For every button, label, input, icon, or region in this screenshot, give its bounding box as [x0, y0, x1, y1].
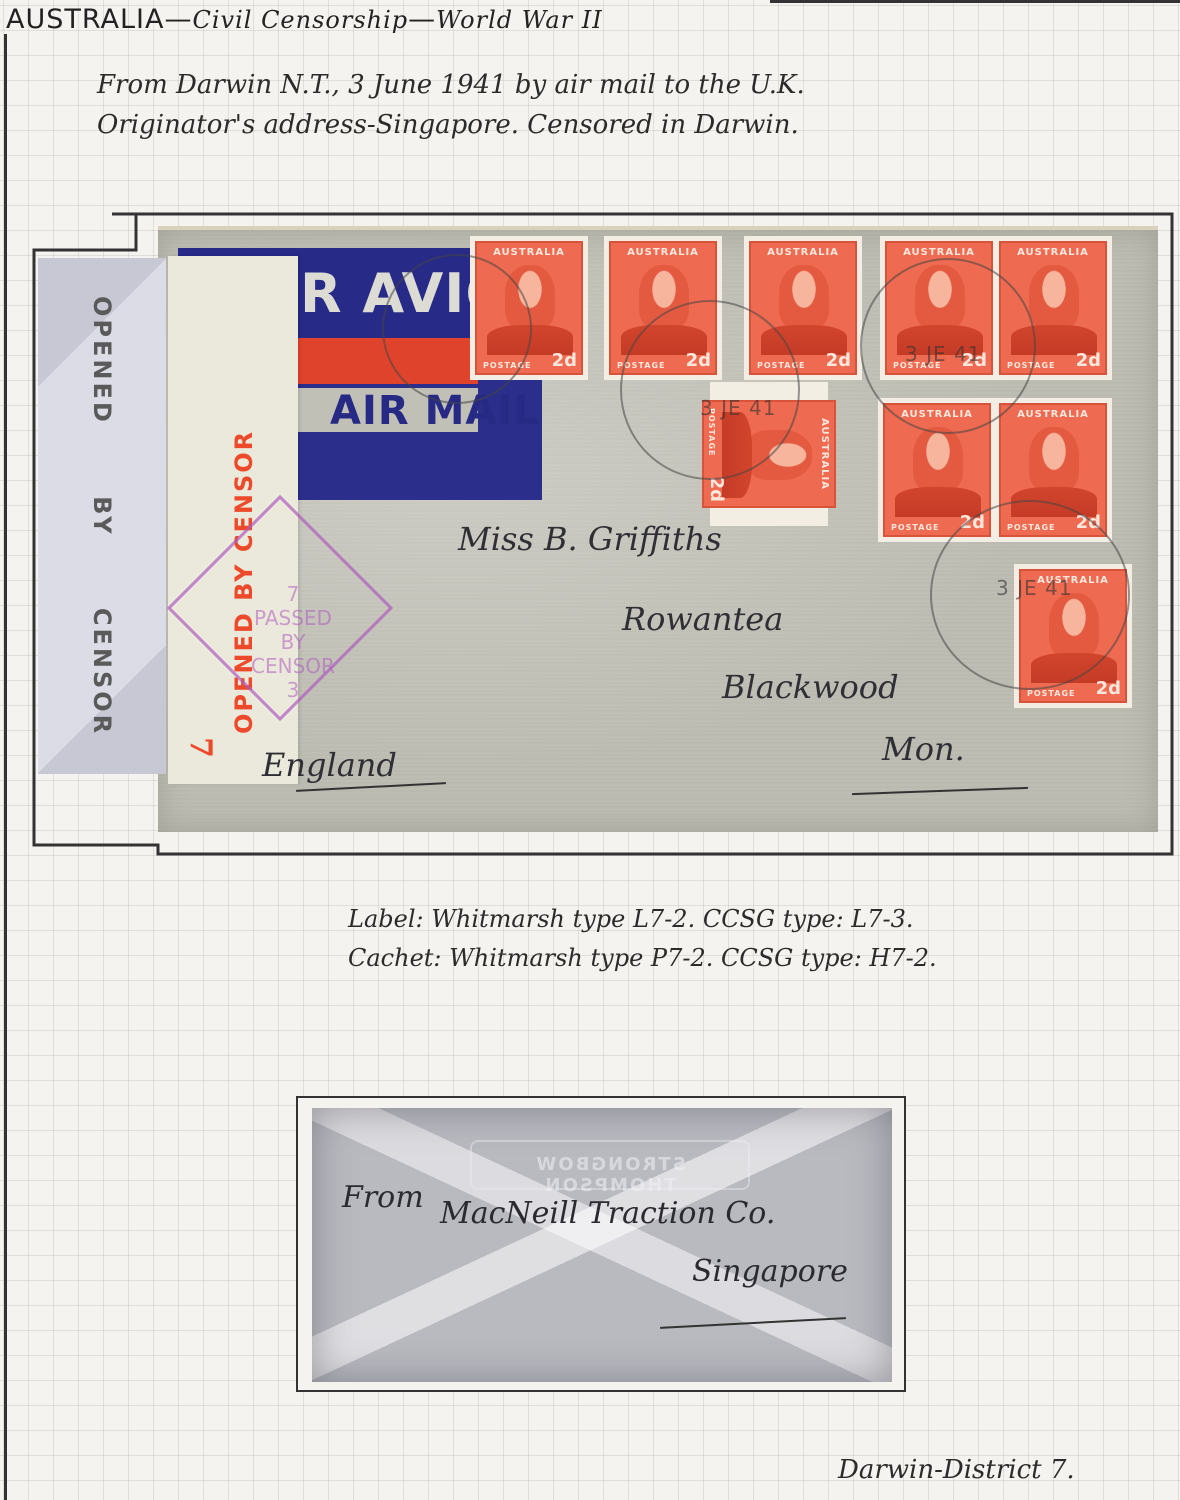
- stamp-postage: POSTAGE: [891, 523, 939, 532]
- back-flap-from: From: [342, 1180, 424, 1215]
- cachet-line: BY: [228, 630, 358, 654]
- address-line-2: Rowantea: [622, 600, 783, 638]
- cachet-line: 7: [228, 582, 358, 606]
- postmark-date: 3 JE 41: [996, 576, 1072, 600]
- back-flap-watermark: STRONGBOW THOMPSON: [470, 1140, 750, 1190]
- censor-label-number: 7: [183, 737, 218, 758]
- notes-label-type: Label: Whitmarsh type L7-2. CCSG type: L…: [348, 905, 914, 933]
- address-line-3: Blackwood: [722, 668, 899, 706]
- postmark-circle: [620, 300, 800, 480]
- stamp-value: 2d: [1096, 678, 1121, 699]
- stamp-value: 2d: [1076, 350, 1101, 371]
- stamp-value: 2d: [552, 350, 577, 371]
- stamp-country: AUSTRALIA: [887, 247, 991, 258]
- notes-cachet-type: Cachet: Whitmarsh type P7-2. CCSG type: …: [348, 944, 937, 972]
- stamp-country: AUSTRALIA: [751, 247, 855, 258]
- cachet-line: PASSED: [228, 606, 358, 630]
- stamp-country: AUSTRALIA: [819, 402, 830, 506]
- stamp-country: AUSTRALIA: [1001, 247, 1105, 258]
- address-country: England: [262, 746, 397, 784]
- king-portrait-icon: [1029, 265, 1079, 329]
- stamp-country: AUSTRALIA: [1001, 409, 1105, 420]
- postmark-date: 3 JE 41: [700, 396, 776, 420]
- postmark-date: 3 JE 41: [905, 342, 981, 366]
- stamp-country: AUSTRALIA: [611, 247, 715, 258]
- back-flap-sender: MacNeill Traction Co.: [440, 1196, 775, 1231]
- footer-district-note: Darwin-District 7.: [838, 1455, 1075, 1485]
- king-portrait-icon: [1029, 427, 1079, 491]
- censor-label-outer-text: OPENED BY CENSOR: [88, 296, 116, 736]
- censor-cachet-text: 7 PASSED BY CENSOR 3: [228, 582, 358, 702]
- address-name: Miss B. Griffiths: [458, 520, 722, 558]
- address-line-4: Mon.: [882, 730, 965, 768]
- stamp-value: 2d: [706, 477, 727, 502]
- stamp-postage: POSTAGE: [1027, 689, 1075, 698]
- king-portrait-icon: [779, 265, 829, 329]
- cachet-line: 3: [228, 678, 358, 702]
- king-portrait-icon: [913, 427, 963, 491]
- stamp-value: 2d: [826, 350, 851, 371]
- stamp-country: AUSTRALIA: [477, 247, 581, 258]
- back-flap-city: Singapore: [692, 1254, 848, 1289]
- cachet-line: CENSOR: [228, 654, 358, 678]
- censor-label-outer-text-wrap: OPENED BY CENSOR: [38, 258, 166, 774]
- postmark-circle: [382, 254, 532, 404]
